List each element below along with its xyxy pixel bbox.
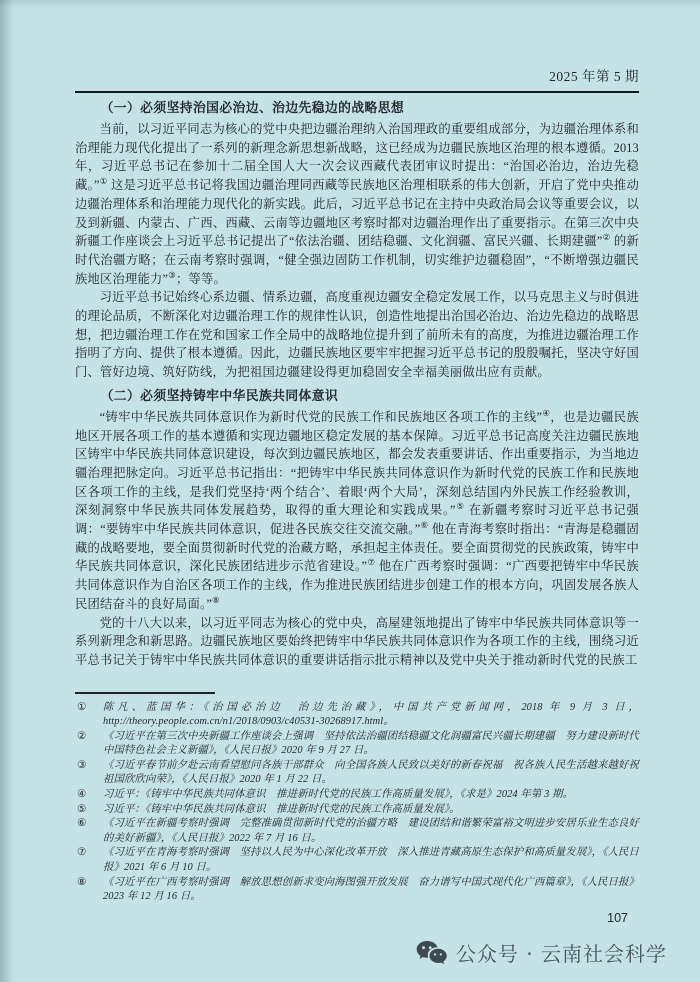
footnote-text: 《习近平在第三次中央新疆工作座谈会上强调 坚持依法治疆团结稳疆文化润疆富民兴疆长… — [103, 731, 639, 757]
footnote: ① 陈凡、蓝国华：《治国必治边 治边先治藏》，中国共产党新闻网，2018 年 9… — [75, 701, 639, 730]
scan-edge-shadow-top — [0, 0, 700, 8]
header-rule — [75, 91, 639, 93]
paragraph: “铸牢中华民族共同体意识作为新时代党的民族工作和民族地区各项工作的主线”④，也是… — [75, 408, 639, 614]
footnote-text: 《习近平春节前夕赴云南看望慰问各族干部群众 向全国各族人民致以美好的新春祝福 祝… — [103, 760, 639, 786]
footnote-marker: ④ — [77, 788, 86, 803]
footnote-marker: ⑥ — [77, 817, 86, 832]
scan-edge-shadow-left — [0, 0, 14, 982]
footnote-area: ① 陈凡、蓝国华：《治国必治边 治边先治藏》，中国共产党新闻网，2018 年 9… — [75, 692, 639, 905]
section-heading-2: （二）必须坚持铸牢中华民族共同体意识 — [75, 387, 639, 405]
footnote-text: 《习近平在新疆考察时强调 完整准确贯彻新时代党的治疆方略 建设团结和谐繁荣富裕文… — [103, 818, 639, 844]
footnote-text: 习近平：《铸牢中华民族共同体意识 推进新时代党的民族工作高质量发展》。 — [103, 804, 460, 815]
journal-page: 2025 年第 5 期 （一）必须坚持治国必治边、治边先稳边的战略思想 当前，以… — [0, 0, 700, 982]
footnote-marker: ⑧ — [77, 876, 86, 891]
footnote-marker: ⑦ — [77, 846, 86, 861]
paragraph: 当前，以习近平同志为核心的党中央把边疆治理纳入治国理政的重要组成部分，为边疆治理… — [75, 120, 639, 288]
footnote: ⑦ 《习近平在青海考察时强调 坚持以人民为中心深化改革开放 深入推进青藏高原生态… — [75, 846, 639, 875]
page-header: 2025 年第 5 期 — [75, 68, 639, 91]
footnote-marker: ⑤ — [77, 803, 86, 818]
footnote: ⑧ 《习近平在广西考察时强调 解放思想创新求变向海图强开放发展 奋力谱写中国式现… — [75, 876, 639, 905]
footnote: ⑥ 《习近平在新疆考察时强调 完整准确贯彻新时代党的治疆方略 建设团结和谐繁荣富… — [75, 817, 639, 846]
footnote: ⑤ 习近平：《铸牢中华民族共同体意识 推进新时代党的民族工作高质量发展》。 — [75, 803, 639, 818]
issue-label: 2025 年第 5 期 — [549, 69, 639, 84]
page-number: 107 — [607, 911, 628, 925]
footnote-text: 陈凡、蓝国华：《治国必治边 治边先治藏》，中国共产党新闻网，2018 年 9 月… — [103, 702, 639, 728]
footnote-marker: ③ — [77, 759, 86, 774]
footnote-marker: ② — [77, 730, 86, 745]
section-heading-1: （一）必须坚持治国必治边、治边先稳边的战略思想 — [75, 99, 639, 117]
footnote-marker: ① — [77, 701, 86, 716]
footnote: ④ 习近平：《铸牢中华民族共同体意识 推进新时代党的民族工作高质量发展》，《求是… — [75, 788, 639, 803]
footnote-text: 习近平：《铸牢中华民族共同体意识 推进新时代党的民族工作高质量发展》，《求是》2… — [103, 789, 573, 800]
article-body: 2025 年第 5 期 （一）必须坚持治国必治边、治边先稳边的战略思想 当前，以… — [75, 68, 639, 688]
watermark: 公众号 · 云南社会科学 — [416, 938, 667, 967]
footnote-separator — [75, 692, 215, 694]
wechat-icon — [416, 940, 447, 966]
paragraph: 习近平总书记始终心系边疆、情系边疆，高度重视边疆安全稳定发展工作，以马克思主义与… — [75, 288, 639, 382]
footnote-text: 《习近平在青海考察时强调 坚持以人民为中心深化改革开放 深入推进青藏高原生态保护… — [103, 847, 639, 873]
paragraph: 党的十八大以来，以习近平同志为核心的党中央，高屋建瓴地提出了铸牢中华民族共同体意… — [75, 614, 639, 670]
watermark-text: 公众号 · 云南社会科学 — [456, 938, 667, 967]
footnote: ③ 《习近平春节前夕赴云南看望慰问各族干部群众 向全国各族人民致以美好的新春祝福… — [75, 759, 639, 788]
footnote: ② 《习近平在第三次中央新疆工作座谈会上强调 坚持依法治疆团结稳疆文化润疆富民兴… — [75, 730, 639, 759]
footnote-text: 《习近平在广西考察时强调 解放思想创新求变向海图强开放发展 奋力谱写中国式现代化… — [103, 877, 639, 903]
